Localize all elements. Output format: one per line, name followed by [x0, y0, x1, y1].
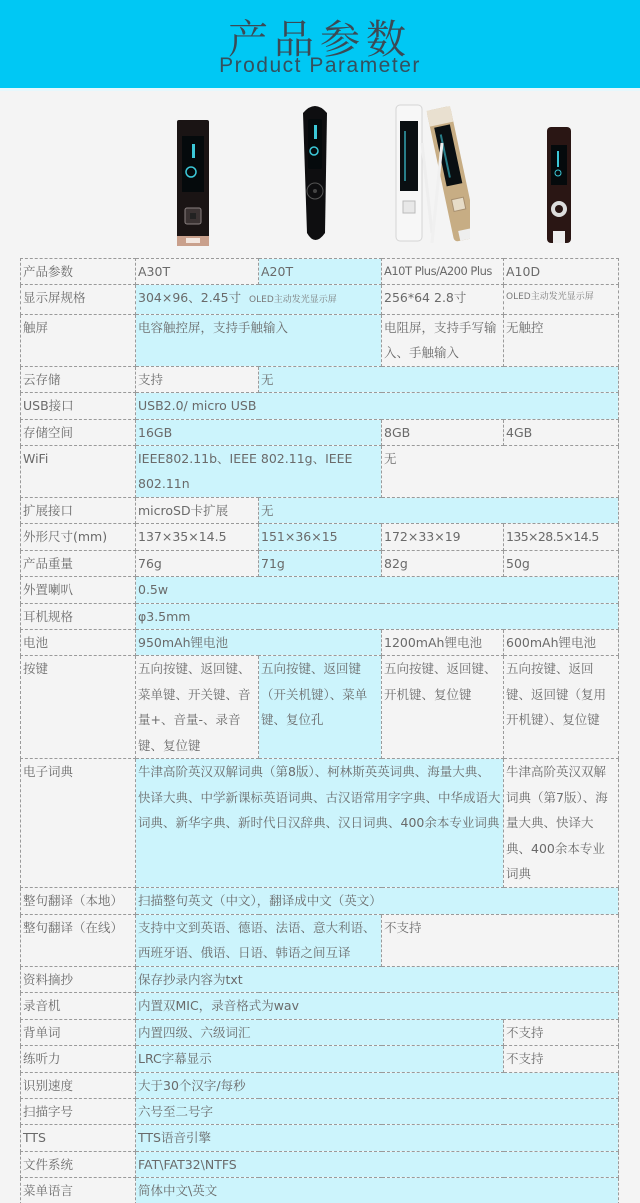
display-resolution: 304×96、2.45寸 — [138, 290, 241, 305]
cell-battery-a10d: 600mAh锂电池 — [504, 630, 619, 656]
row-label: WiFi — [21, 446, 136, 498]
table-row-expansion: 扩展接口 microSD卡扩展 无 — [21, 498, 619, 524]
cell-wifi-others: 无 — [382, 446, 619, 498]
spec-table: 产品参数 A30T A20T A10T Plus/A200 Plus A10D … — [20, 258, 619, 1203]
cell-size-a20t: 151×36×15 — [259, 524, 382, 550]
cell-listening-a10d: 不支持 — [504, 1046, 619, 1072]
cell-excerpt-all: 保存抄录内容为txt — [136, 966, 619, 992]
row-label: 显示屏规格 — [21, 285, 136, 314]
row-label: 扫描字号 — [21, 1098, 136, 1124]
product-image-a30t — [176, 120, 210, 246]
cell-display-a30t-a20t: 304×96、2.45寸 OLED主动发光显示屏 — [136, 285, 382, 314]
cell-display-a10t: 256*64 2.8寸 — [382, 285, 504, 314]
table-row-excerpt: 资料摘抄 保存抄录内容为txt — [21, 966, 619, 992]
table-row-vocab: 背单词 内置四级、六级词汇 不支持 — [21, 1019, 619, 1045]
table-row-earphone: 耳机规格 φ3.5mm — [21, 603, 619, 629]
cell-earphone-all: φ3.5mm — [136, 603, 619, 629]
product-image-a10t-plus — [390, 103, 470, 248]
model-a10t-plus: A10T Plus/A200 Plus — [382, 259, 504, 285]
product-image-a20t — [299, 103, 331, 245]
table-row-touch: 触屏 电容触控屏，支持手触输入 电阻屏，支持手写输入、手触输入 无触控 — [21, 314, 619, 366]
cell-keys-a10d: 五向按键、返回键、返回键（复用开机键）、复位键 — [504, 656, 619, 759]
row-label: 外形尺寸(mm) — [21, 524, 136, 550]
table-row-cloud: 云存储 支持 无 — [21, 366, 619, 392]
cell-weight-a10t: 82g — [382, 550, 504, 576]
cell-recorder-all: 内置双MIC，录音格式为wav — [136, 993, 619, 1019]
row-label: 背单词 — [21, 1019, 136, 1045]
cell-vocab-a30t-a10t: 内置四级、六级词汇 — [136, 1019, 504, 1045]
cell-usb-all: USB2.0/ micro USB — [136, 393, 619, 419]
cell-storage-a30t-a20t: 16GB — [136, 419, 382, 445]
page-subtitle: Product Parameter — [0, 54, 640, 78]
product-image-a10d — [546, 127, 572, 245]
table-row-size: 外形尺寸(mm) 137×35×14.5 151×36×15 172×33×19… — [21, 524, 619, 550]
table-row-usb: USB接口 USB2.0/ micro USB — [21, 393, 619, 419]
cell-weight-a10d: 50g — [504, 550, 619, 576]
table-row-battery: 电池 950mAh锂电池 1200mAh锂电池 600mAh锂电池 — [21, 630, 619, 656]
row-label: 外置喇叭 — [21, 577, 136, 603]
cell-keys-a20t: 五向按键、返回键（开关机键）、菜单键、复位孔 — [259, 656, 382, 759]
cell-menu-language-all: 简体中文\英文 — [136, 1178, 619, 1203]
row-label: 耳机规格 — [21, 603, 136, 629]
row-label: 存储空间 — [21, 419, 136, 445]
table-row-tts: TTS TTS语音引擎 — [21, 1125, 619, 1151]
page-header: 产品参数 Product Parameter — [0, 0, 640, 88]
cell-speed-all: 大于30个汉字/每秒 — [136, 1072, 619, 1098]
table-row-storage: 存储空间 16GB 8GB 4GB — [21, 419, 619, 445]
cell-touch-a30t-a20t: 电容触控屏，支持手触输入 — [136, 314, 382, 366]
row-label: 产品重量 — [21, 550, 136, 576]
cell-wifi-a30t-a20t: IEEE802.11b、IEEE 802.11g、IEEE 802.11n — [136, 446, 382, 498]
cell-expansion-others: 无 — [259, 498, 619, 524]
row-label: 录音机 — [21, 993, 136, 1019]
cell-battery-a10t: 1200mAh锂电池 — [382, 630, 504, 656]
cell-battery-a30t-a20t: 950mAh锂电池 — [136, 630, 382, 656]
table-row-weight: 产品重量 76g 71g 82g 50g — [21, 550, 619, 576]
cell-vocab-a10d: 不支持 — [504, 1019, 619, 1045]
cell-cloud-others: 无 — [259, 366, 619, 392]
cell-size-a30t: 137×35×14.5 — [136, 524, 259, 550]
cell-touch-a10t: 电阻屏，支持手写输入、手触输入 — [382, 314, 504, 366]
row-label: 触屏 — [21, 314, 136, 366]
table-row-filesystem: 文件系统 FAT\FAT32\NTFS — [21, 1151, 619, 1177]
table-row-menu-language: 菜单语言 简体中文\英文 — [21, 1178, 619, 1203]
row-label: 云存储 — [21, 366, 136, 392]
row-label: 整句翻译（在线） — [21, 914, 136, 966]
cell-translate-local-all: 扫描整句英文（中文），翻译成中文（英文） — [136, 888, 619, 914]
table-row-recorder: 录音机 内置双MIC，录音格式为wav — [21, 993, 619, 1019]
cell-cloud-a30t: 支持 — [136, 366, 259, 392]
row-label: 菜单语言 — [21, 1178, 136, 1203]
row-label: 资料摘抄 — [21, 966, 136, 992]
row-label: 整句翻译（本地） — [21, 888, 136, 914]
display-type-note: OLED主动发光显示屏 — [249, 295, 337, 305]
model-a30t: A30T — [136, 259, 259, 285]
cell-dictionary-a10d: 牛津高阶英汉双解词典（第7版）、海量大典、快译大典、400余本专业词典 — [504, 759, 619, 888]
cell-size-a10d: 135×28.5×14.5 — [504, 524, 619, 550]
row-label: 按键 — [21, 656, 136, 759]
row-label: 产品参数 — [21, 259, 136, 285]
cell-translate-online-others: 不支持 — [382, 914, 619, 966]
product-images — [0, 95, 640, 255]
table-row-wifi: WiFi IEEE802.11b、IEEE 802.11g、IEEE 802.1… — [21, 446, 619, 498]
cell-font-size-all: 六号至二号字 — [136, 1098, 619, 1124]
header-divider — [0, 88, 640, 91]
table-row-keys: 按键 五向按键、返回键、菜单键、开关键、音量+、音量-、录音键、复位键 五向按键… — [21, 656, 619, 759]
row-label: 文件系统 — [21, 1151, 136, 1177]
cell-listening-a30t-a10t: LRC字幕显示 — [136, 1046, 504, 1072]
cell-storage-a10t: 8GB — [382, 419, 504, 445]
cell-keys-a30t: 五向按键、返回键、菜单键、开关键、音量+、音量-、录音键、复位键 — [136, 656, 259, 759]
cell-filesystem-all: FAT\FAT32\NTFS — [136, 1151, 619, 1177]
table-row-header: 产品参数 A30T A20T A10T Plus/A200 Plus A10D — [21, 259, 619, 285]
cell-touch-a10d: 无触控 — [504, 314, 619, 366]
cell-size-a10t: 172×33×19 — [382, 524, 504, 550]
cell-tts-all: TTS语音引擎 — [136, 1125, 619, 1151]
cell-weight-a20t: 71g — [259, 550, 382, 576]
row-label: 识别速度 — [21, 1072, 136, 1098]
row-label: 扩展接口 — [21, 498, 136, 524]
row-label: 电池 — [21, 630, 136, 656]
row-label: TTS — [21, 1125, 136, 1151]
cell-weight-a30t: 76g — [136, 550, 259, 576]
cell-keys-a10t: 五向按键、返回键、开机键、复位键 — [382, 656, 504, 759]
cell-translate-online-a30t-a20t: 支持中文到英语、德语、法语、意大利语、西班牙语、俄语、日语、韩语之间互译 — [136, 914, 382, 966]
row-label: USB接口 — [21, 393, 136, 419]
cell-expansion-a30t: microSD卡扩展 — [136, 498, 259, 524]
table-row-translate-online: 整句翻译（在线） 支持中文到英语、德语、法语、意大利语、西班牙语、俄语、日语、韩… — [21, 914, 619, 966]
model-a20t: A20T — [259, 259, 382, 285]
cell-speaker-all: 0.5w — [136, 577, 619, 603]
table-row-font-size: 扫描字号 六号至二号字 — [21, 1098, 619, 1124]
table-row-display: 显示屏规格 304×96、2.45寸 OLED主动发光显示屏 256*64 2.… — [21, 285, 619, 314]
row-label: 练听力 — [21, 1046, 136, 1072]
table-row-listening: 练听力 LRC字幕显示 不支持 — [21, 1046, 619, 1072]
table-row-dictionary: 电子词典 牛津高阶英汉双解词典（第8版）、柯林斯英英词典、海量大典、快译大典、中… — [21, 759, 619, 888]
table-row-speaker: 外置喇叭 0.5w — [21, 577, 619, 603]
cell-dictionary-a30t-a10t: 牛津高阶英汉双解词典（第8版）、柯林斯英英词典、海量大典、快译大典、中学新课标英… — [136, 759, 504, 888]
table-row-speed: 识别速度 大于30个汉字/每秒 — [21, 1072, 619, 1098]
table-row-translate-local: 整句翻译（本地） 扫描整句英文（中文），翻译成中文（英文） — [21, 888, 619, 914]
cell-display-a10d: OLED主动发光显示屏 — [504, 285, 619, 314]
cell-storage-a10d: 4GB — [504, 419, 619, 445]
row-label: 电子词典 — [21, 759, 136, 888]
model-a10d: A10D — [504, 259, 619, 285]
